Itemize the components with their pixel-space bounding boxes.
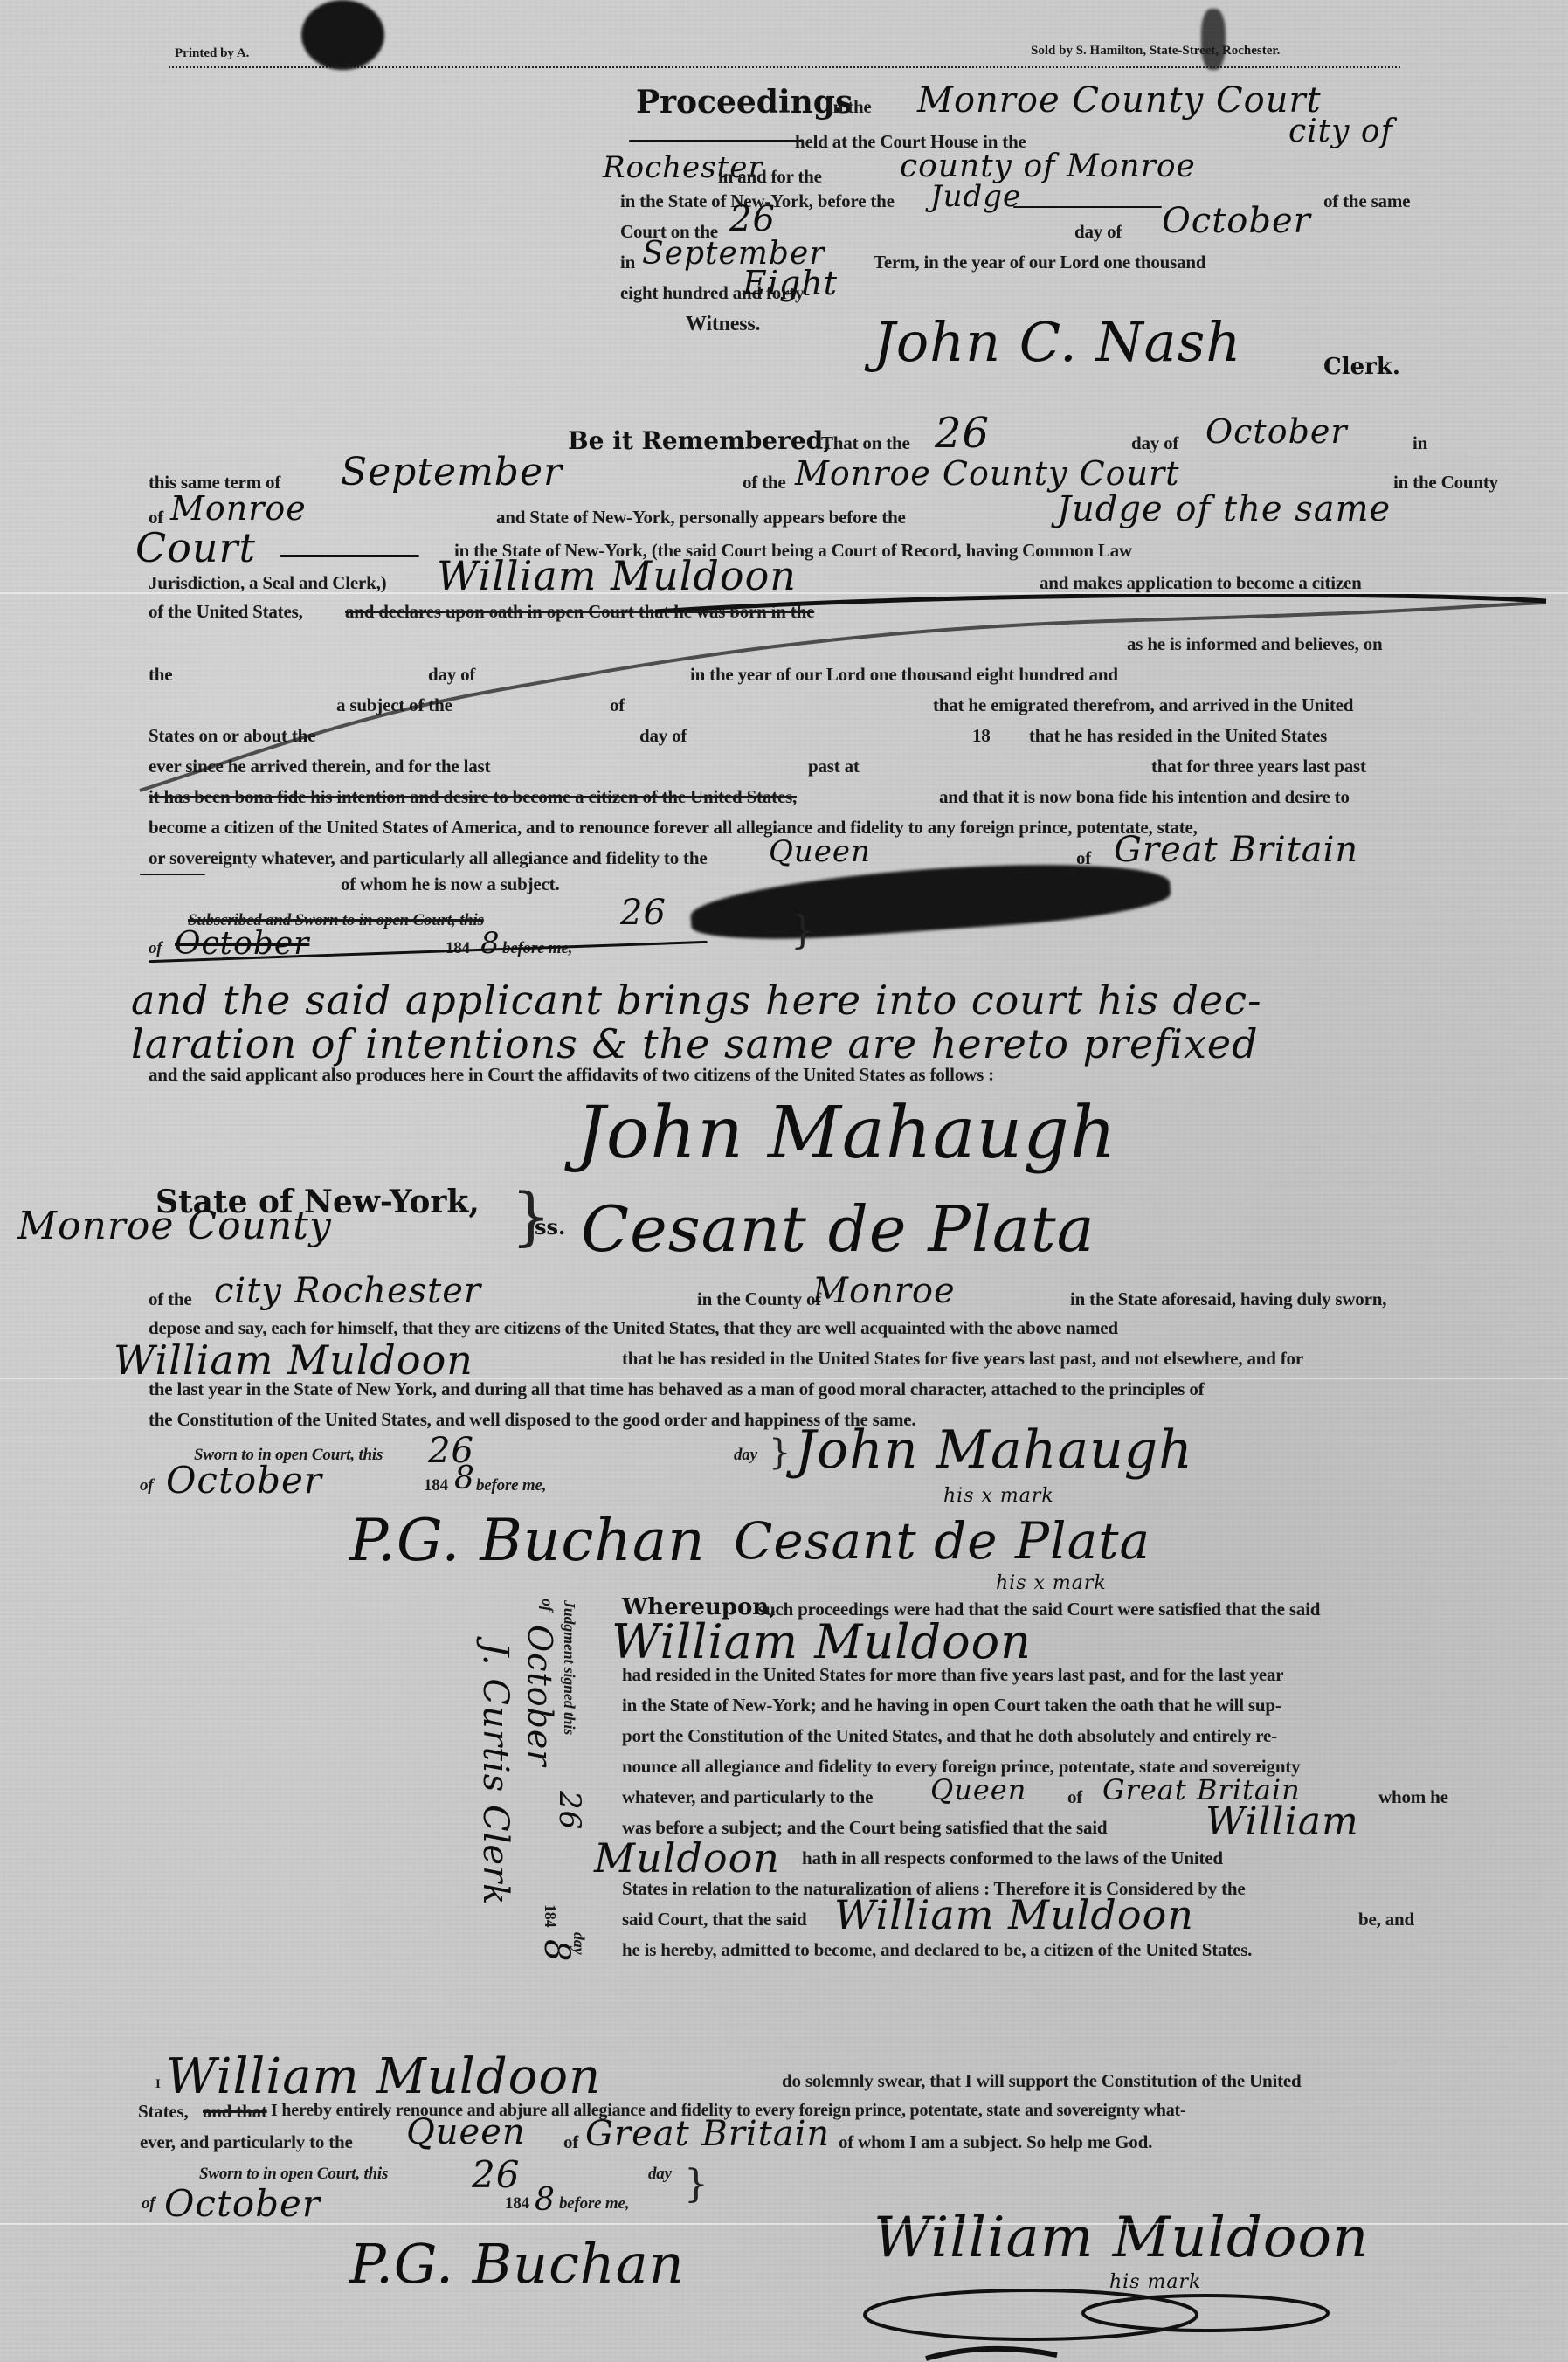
handwritten-day: 26 (935, 409, 990, 458)
remembered-text: or sovereignty whatever, and particularl… (149, 847, 707, 869)
remembered-text: That on the (821, 432, 910, 454)
clerk-label: Clerk. (1323, 354, 1400, 380)
ink-mark-top-right (1201, 9, 1226, 70)
remembered-text: and that it is now bona fide his intenti… (939, 786, 1350, 808)
fold-line (0, 2223, 1568, 2225)
handwritten-sovereign: Queen (406, 2112, 526, 2152)
handwritten-month: October (521, 1625, 559, 1767)
whereupon-text: be, and (1358, 1909, 1414, 1930)
remembered-text: in (1413, 432, 1427, 454)
remembered-text: become a citizen of the United States of… (149, 817, 1198, 839)
affidavit-text: of the (149, 1288, 192, 1310)
oath-text: ever, and particularly to the (140, 2131, 353, 2153)
witness-2-name: Cesant de Plata (581, 1192, 1095, 1266)
handwritten-city: city of (1288, 114, 1393, 149)
handwritten-judge: Judge (930, 179, 1021, 214)
whereupon-text: whom he (1378, 1786, 1448, 1808)
handwritten-country: Great Britain (585, 2114, 830, 2154)
whereupon-text: hath in all respects conformed to the la… (802, 1847, 1223, 1869)
remembered-text: day of (428, 664, 475, 686)
handwritten-year: 8 (454, 1461, 475, 1496)
struck-text: and that (203, 2101, 267, 2123)
handwritten-declaration-note-2: laration of intentions & the same are he… (131, 1020, 1259, 1067)
judgment-signed-label: Judgment signed this (560, 1600, 578, 1735)
handwritten-first-name: William (1205, 1799, 1359, 1844)
remembered-title: Be it Remembered, (568, 426, 832, 455)
remembered-text: past at (808, 756, 860, 777)
handwritten-last-name: Muldoon (594, 1834, 780, 1882)
handwritten-month: October (164, 2182, 321, 2225)
year-prefix: 184 (541, 1904, 559, 1927)
brace: } (769, 1433, 791, 1473)
oath-text: day (648, 2165, 672, 2184)
remembered-text: of (610, 694, 625, 716)
oath-text: I (155, 2077, 161, 2092)
oath-text: Sworn to in open Court, this (199, 2165, 388, 2184)
proceedings-text: of the same (1323, 190, 1410, 212)
remembered-text: that he has resided in the United States (1029, 725, 1327, 747)
remembered-text: as he is informed and believes, on (1127, 633, 1382, 655)
handwritten-city: city Rochester (214, 1271, 481, 1311)
proceedings-text: day of (1074, 221, 1122, 243)
remembered-text: ever since he arrived therein, and for t… (149, 756, 490, 777)
affidavit-text: in the County of (697, 1288, 821, 1310)
handwritten-county: Monroe (170, 489, 307, 528)
handwritten-county: Monroe County (17, 1204, 332, 1248)
whereupon-text: port the Constitution of the United Stat… (622, 1725, 1277, 1747)
brace: } (791, 908, 815, 953)
whereupon-text: in the State of New-York; and he having … (622, 1695, 1281, 1716)
blank-line (629, 140, 804, 142)
oath-text: States, (138, 2101, 189, 2123)
remembered-text: the (149, 664, 172, 686)
handwritten-day: 26 (552, 1791, 587, 1830)
affidavit-text: before me, (476, 1476, 546, 1495)
proceedings-text: in (620, 252, 635, 273)
handwritten-judge: Judge of the same (1057, 489, 1391, 529)
witness-1-mark: his x mark (943, 1485, 1054, 1507)
handwritten-month: October (1162, 201, 1311, 241)
affidavit-text: the last year in the State of New York, … (149, 1378, 1204, 1400)
of-label: of (538, 1599, 556, 1612)
clerk-signature: John C. Nash (874, 310, 1241, 374)
applicant-name-handwritten: William Muldoon (611, 1614, 1032, 1669)
handwritten-declaration-note-1: and the said applicant brings here into … (131, 977, 1262, 1024)
remembered-text: day of (1131, 432, 1178, 454)
handwritten-day: 26 (620, 893, 667, 933)
judge-signature: P.G. Buchan (349, 2232, 685, 2296)
affidavit-text: day (734, 1446, 757, 1465)
witness-label: Witness. (686, 313, 760, 336)
handwritten-year: Eight (743, 264, 838, 302)
witness-1-name: John Mahaugh (577, 1092, 1117, 1175)
handwritten-day: 26 (729, 199, 776, 239)
blank-line (1013, 206, 1162, 208)
remembered-text: and makes application to become a citize… (1040, 572, 1362, 594)
proceedings-text: in and for the (718, 166, 822, 188)
affidavit-text: that he has resided in the United States… (622, 1348, 1303, 1370)
affidavit-text: 184 (424, 1476, 448, 1495)
clerk-signature: J. Curtis Clerk (475, 1642, 515, 1905)
ink-smear (688, 853, 1172, 947)
applicant-name-handwritten: William Muldoon (166, 2048, 601, 2105)
oath-text: 184 (505, 2194, 529, 2214)
applicant-signature: William Muldoon (874, 2206, 1369, 2270)
whereupon-text: said Court, that the said (622, 1909, 806, 1930)
remembered-text: Jurisdiction, a Seal and Clerk,) (149, 572, 386, 594)
struck-text: it has been bona fide his intention and … (149, 786, 797, 808)
blank-line (140, 874, 205, 875)
whereupon-text: he is hereby, admitted to become, and de… (622, 1939, 1252, 1961)
remembered-text: States on or about the (149, 725, 315, 747)
fold-line (0, 592, 1568, 594)
handwritten-year: 8 (480, 926, 501, 961)
handwritten-term: September (341, 450, 563, 494)
witness-1-signature: John Mahaugh (795, 1419, 1193, 1481)
remembered-text: of the (743, 472, 786, 494)
judge-signature: P.G. Buchan (349, 1507, 706, 1574)
header-rule (169, 63, 1400, 68)
remembered-text: and State of New-York, personally appear… (496, 507, 906, 528)
proceedings-text: Term, in the year of our Lord one thousa… (874, 252, 1205, 273)
affidavit-text: of (140, 1476, 153, 1495)
remembered-text: in the year of our Lord one thousand eig… (690, 664, 1118, 686)
whereupon-text: whatever, and particularly to the (622, 1786, 873, 1808)
brace: } (684, 2162, 708, 2207)
fold-line (0, 1378, 1568, 1379)
affidavits-intro: and the said applicant also produces her… (149, 1064, 994, 1086)
subscribed-text: of (149, 939, 162, 958)
blank-line (280, 555, 419, 557)
handwritten-court-2: Court (135, 524, 256, 571)
oath-text: of (142, 2194, 155, 2214)
handwritten-county-2: Monroe (812, 1271, 956, 1311)
handwritten-day: 26 (472, 2153, 520, 2196)
handwritten-sovereign: Queen (769, 834, 871, 869)
signature-flourish (856, 2271, 1345, 2362)
affidavit-text: in the State aforesaid, having duly swor… (1070, 1288, 1386, 1310)
ink-blot-top (301, 0, 384, 70)
remembered-text: day of (639, 725, 687, 747)
oath-text: do solemnly swear, that I will support t… (782, 2070, 1301, 2092)
remembered-text: of whom he is now a subject. (341, 874, 560, 895)
oath-text: of (563, 2131, 578, 2153)
oath-text: before me, (559, 2194, 629, 2214)
remembered-text: in the County (1393, 472, 1498, 494)
remembered-text: a subject of the (336, 694, 452, 716)
day-label: day (570, 1932, 588, 1954)
sold-by: Sold by S. Hamilton, State-Street, Roche… (1031, 44, 1280, 59)
handwritten-month: October (166, 1459, 322, 1502)
remembered-text: 18 (972, 725, 991, 747)
witness-2-mark: his x mark (996, 1572, 1107, 1594)
applicant-name-handwritten: William Muldoon (834, 1891, 1194, 1938)
handwritten-court-name: Monroe County Court (917, 80, 1322, 121)
handwritten-year: 8 (535, 2182, 556, 2218)
handwritten-court: Monroe County Court (795, 454, 1179, 493)
proceedings-title: Proceedings (636, 84, 853, 121)
handwritten-country: Great Britain (1114, 830, 1358, 870)
remembered-text: that for three years last past (1151, 756, 1366, 777)
oath-text: of whom I am a subject. So help me God. (839, 2131, 1152, 2153)
whereupon-text: had resided in the United States for mor… (622, 1664, 1283, 1686)
handwritten-month: October (1205, 412, 1348, 451)
printed-by: Printed by A. (175, 46, 249, 61)
witness-2-signature: Cesant de Plata (734, 1511, 1150, 1571)
proceedings-text: in the (828, 96, 872, 118)
handwritten-sovereign: Queen (930, 1773, 1026, 1806)
ss-label: ss. (535, 1214, 565, 1240)
remembered-text: that he emigrated therefrom, and arrived… (933, 694, 1353, 716)
applicant-name-handwritten: William Muldoon (114, 1336, 473, 1384)
whereupon-text: of (1067, 1786, 1082, 1808)
